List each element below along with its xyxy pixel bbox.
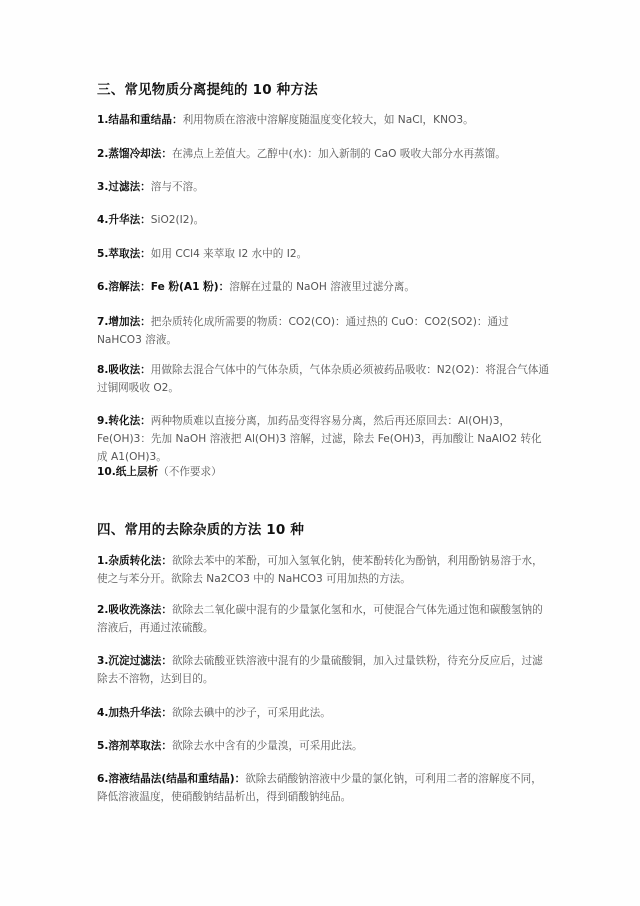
section-3-item-2: 2.蒸馏冷却法：在沸点上差值大。乙醇中(水)：加入新制的 CaO 吸收大部分水再… — [97, 145, 552, 163]
item-label: 10.纸上层析 — [97, 466, 158, 478]
section-4-item-3: 3.沉淀过滤法：欲除去硫酸亚铁溶液中混有的少量硫酸铜，加入过量铁粉，待充分反应后… — [97, 652, 552, 688]
item-label: 3.沉淀过滤法： — [97, 655, 172, 667]
section-3-heading: 三、常见物质分离提纯的 10 种方法 — [97, 78, 318, 98]
section-4-item-5: 5.溶剂萃取法：欲除去水中含有的少量溴，可采用此法。 — [97, 737, 552, 755]
item-text: 利用物质在溶液中溶解度随温度变化较大，如 NaCl，KNO3。 — [183, 114, 474, 126]
section-4-item-1: 1.杂质转化法：欲除去苯中的苯酚，可加入氢氧化钠，使苯酚转化为酚钠，利用酚钠易溶… — [97, 552, 552, 588]
section-3-item-5: 5.萃取法：如用 CCl4 来萃取 I2 水中的 I2。 — [97, 245, 552, 263]
item-text: 把杂质转化成所需要的物质：CO2(CO)：通过热的 CuO：CO2(SO2)：通… — [97, 316, 509, 346]
item-label: 6.溶液结晶法(结晶和重结晶)： — [97, 773, 245, 785]
section-3-item-1: 1.结晶和重结晶：利用物质在溶液中溶解度随温度变化较大，如 NaCl，KNO3。 — [97, 111, 552, 129]
section-4-item-2: 2.吸收洗涤法：欲除去二氧化碳中混有的少量氯化氢和水，可使混合气体先通过饱和碳酸… — [97, 601, 552, 637]
item-label: 1.结晶和重结晶： — [97, 114, 183, 126]
item-label: 5.溶剂萃取法： — [97, 740, 172, 752]
item-text: 溶解在过量的 NaOH 溶液里过滤分离。 — [229, 281, 415, 293]
section-3-item-4: 4.升华法：SiO2(I2)。 — [97, 211, 552, 229]
section-3-item-9: 9.转化法：两种物质难以直接分离，加药品变得容易分离，然后再还原回去：Al(OH… — [97, 412, 552, 466]
section-3-item-3: 3.过滤法：溶与不溶。 — [97, 178, 552, 196]
item-text: 欲除去碘中的沙子，可采用此法。 — [172, 707, 331, 719]
item-text: 两种物质难以直接分离，加药品变得容易分离，然后再还原回去：Al(OH)3，Fe(… — [97, 415, 542, 463]
item-label: 4.加热升华法： — [97, 707, 172, 719]
item-label: 5.萃取法： — [97, 248, 151, 260]
item-text: SiO2(I2)。 — [151, 214, 204, 226]
item-text: 在沸点上差值大。乙醇中(水)：加入新制的 CaO 吸收大部分水再蒸馏。 — [172, 148, 506, 160]
item-label: 7.增加法： — [97, 316, 151, 328]
item-text: 如用 CCl4 来萃取 I2 水中的 I2。 — [151, 248, 307, 260]
item-label: 2.吸收洗涤法： — [97, 604, 172, 616]
section-3-item-6: 6.溶解法：Fe 粉(A1 粉)：溶解在过量的 NaOH 溶液里过滤分离。 — [97, 278, 552, 296]
document-page: 三、常见物质分离提纯的 10 种方法 1.结晶和重结晶：利用物质在溶液中溶解度随… — [0, 0, 640, 906]
item-label: 3.过滤法： — [97, 181, 151, 193]
item-label: 4.升华法： — [97, 214, 151, 226]
item-label: 8.吸收法： — [97, 364, 151, 376]
section-4-item-6: 6.溶液结晶法(结晶和重结晶)：欲除去硝酸钠溶液中少量的氯化钠，可利用二者的溶解… — [97, 770, 552, 806]
section-4-item-4: 4.加热升华法：欲除去碘中的沙子，可采用此法。 — [97, 704, 552, 722]
item-label: 6.溶解法：Fe 粉(A1 粉)： — [97, 281, 229, 293]
item-text: 溶与不溶。 — [151, 181, 204, 193]
item-text: 用做除去混合气体中的气体杂质，气体杂质必须被药品吸收：N2(O2)：将混合气体通… — [97, 364, 549, 394]
item-text: （不作要求） — [158, 466, 222, 478]
item-label: 2.蒸馏冷却法： — [97, 148, 172, 160]
item-label: 1.杂质转化法： — [97, 555, 172, 567]
section-3-item-10: 10.纸上层析（不作要求） — [97, 463, 552, 481]
section-3-item-7: 7.增加法：把杂质转化成所需要的物质：CO2(CO)：通过热的 CuO：CO2(… — [97, 313, 552, 349]
item-text: 欲除去水中含有的少量溴，可采用此法。 — [172, 740, 363, 752]
item-label: 9.转化法： — [97, 415, 151, 427]
section-3-item-8: 8.吸收法：用做除去混合气体中的气体杂质，气体杂质必须被药品吸收：N2(O2)：… — [97, 361, 552, 397]
section-4-heading: 四、常用的去除杂质的方法 10 种 — [97, 518, 304, 538]
